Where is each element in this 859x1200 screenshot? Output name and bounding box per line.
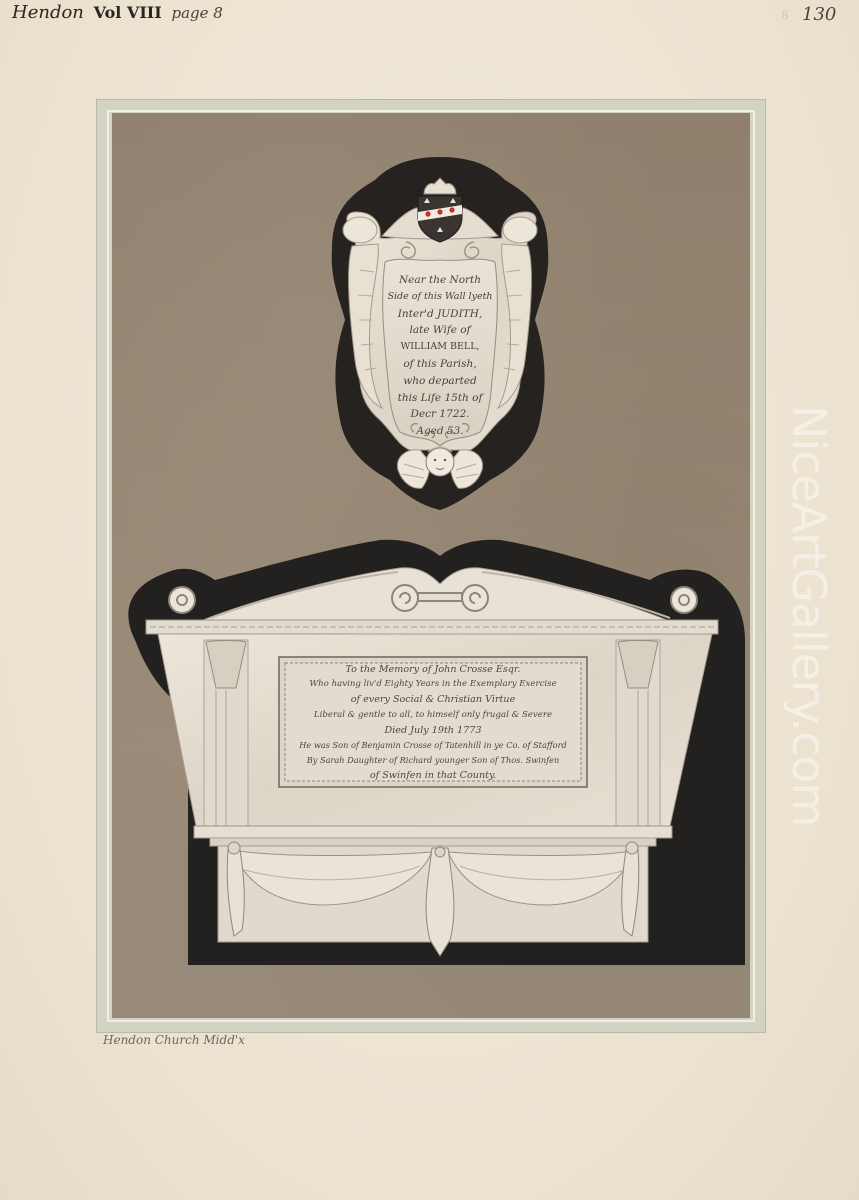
upper-inscription-line: late Wife of xyxy=(384,322,496,339)
upper-inscription-line: Decr 1722. xyxy=(384,406,496,423)
upper-inscription-line: of this Parish, xyxy=(384,356,496,373)
watermark: NiceArtGallery.com xyxy=(782,405,836,826)
base-ledge xyxy=(194,826,672,838)
monument-drawing xyxy=(0,0,859,1200)
corner-scroll-right xyxy=(671,587,697,613)
lower-inscription-line: of every Social & Christian Virtue xyxy=(287,692,579,707)
lower-inscription-line: Liberal & gentle to all, to himself only… xyxy=(287,708,579,723)
lower-inscription-line: Who having liv'd Eighty Years in the Exe… xyxy=(287,677,579,692)
lower-inscription-line: By Sarah Daughter of Richard younger Son… xyxy=(287,753,579,768)
drawing-caption: Hendon Church Midd'x xyxy=(103,1033,245,1047)
lower-inscription-line: of Swinfen in that County. xyxy=(287,768,579,783)
lower-inscription: To the Memory of John Crosse Esqr. Who h… xyxy=(287,662,579,784)
upper-inscription-line: Aged 53. xyxy=(384,423,496,440)
corner-scroll-left xyxy=(169,587,195,613)
upper-inscription-line: Inter'd JUDITH, xyxy=(384,306,496,323)
upper-inscription-line: Side of this Wall lyeth xyxy=(384,289,496,306)
drapery-tail-centre xyxy=(426,848,454,956)
lower-inscription-line: To the Memory of John Crosse Esqr. xyxy=(287,662,579,677)
upper-inscription: Near the North Side of this Wall lyeth I… xyxy=(384,272,496,440)
upper-inscription-line: WILLIAM BELL, xyxy=(384,339,496,356)
lower-inscription-line: Died July 19th 1773 xyxy=(287,723,579,738)
lower-inscription-line: He was Son of Benjamin Crosse of Tatenhi… xyxy=(287,738,579,753)
upper-inscription-line: Near the North xyxy=(384,272,496,289)
cherub-head xyxy=(426,448,454,476)
upper-inscription-line: this Life 15th of xyxy=(384,390,496,407)
upper-inscription-line: who departed xyxy=(384,373,496,390)
